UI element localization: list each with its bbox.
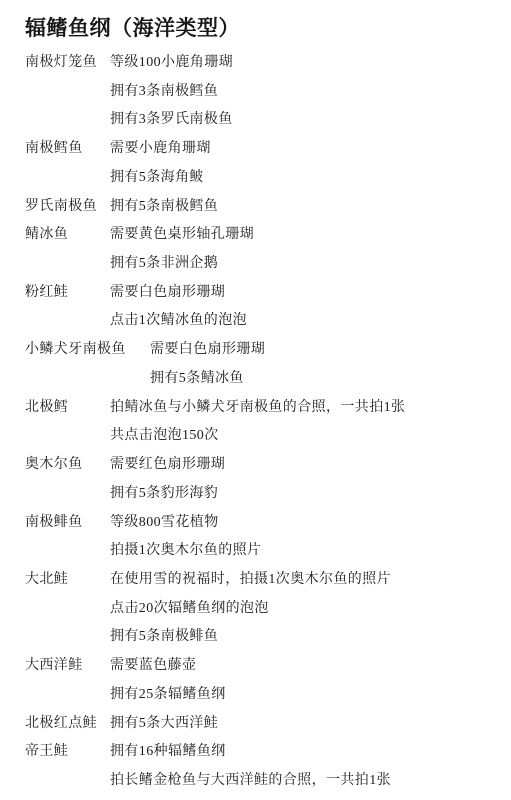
requirement-text: 拥有5条南极鲱鱼 xyxy=(110,629,218,645)
entry-row: 南极鲱鱼等级800雪花植物 xyxy=(0,515,511,544)
entry-row: 拍长鳍金枪鱼与大西洋鲑的合照，一共拍1张 xyxy=(0,773,511,800)
fish-entry: 北极鳕拍鲭冰鱼与小鳞犬牙南极鱼的合照，一共拍1张共点击泡泡150次 xyxy=(0,400,511,457)
requirement-text: 需要红色扇形珊瑚 xyxy=(110,457,225,473)
fish-entry: 北极红点鲑拥有5条大西洋鲑 xyxy=(0,716,511,745)
entry-row: 奥木尔鱼需要红色扇形珊瑚 xyxy=(0,457,511,486)
requirement-text: 需要蓝色藤壶 xyxy=(110,658,196,674)
requirement-text: 点击1次鲭冰鱼的泡泡 xyxy=(110,313,247,329)
requirement-text: 拥有3条罗氏南极鱼 xyxy=(110,112,233,128)
requirement-text: 等级800雪花植物 xyxy=(110,515,219,531)
fish-entry: 南极鲱鱼等级800雪花植物拍摄1次奥木尔鱼的照片 xyxy=(0,515,511,572)
entry-row: 拥有5条南极鲱鱼 xyxy=(0,629,511,658)
fish-requirements-list: 南极灯笼鱼等级100小鹿角珊瑚拥有3条南极鳕鱼拥有3条罗氏南极鱼南极鳕鱼需要小鹿… xyxy=(0,55,511,800)
requirement-text: 拥有5条海角鲏 xyxy=(110,170,204,186)
fish-name: 大北鲑 xyxy=(25,572,68,588)
entry-row: 拍摄1次奥木尔鱼的照片 xyxy=(0,543,511,572)
requirement-text: 拍长鳍金枪鱼与大西洋鲑的合照，一共拍1张 xyxy=(110,773,391,789)
entry-row: 小鳞犬牙南极鱼需要白色扇形珊瑚 xyxy=(0,342,511,371)
requirement-text: 在使用雪的祝福时，拍摄1次奥木尔鱼的照片 xyxy=(110,572,391,588)
fish-entry: 南极鳕鱼需要小鹿角珊瑚拥有5条海角鲏 xyxy=(0,141,511,198)
entry-row: 共点击泡泡150次 xyxy=(0,428,511,457)
fish-entry: 鲭冰鱼需要黄色桌形轴孔珊瑚拥有5条非洲企鹅 xyxy=(0,227,511,284)
document-page: 辐鳍鱼纲（海洋类型） 南极灯笼鱼等级100小鹿角珊瑚拥有3条南极鳕鱼拥有3条罗氏… xyxy=(0,0,511,800)
fish-entry: 罗氏南极鱼拥有5条南极鳕鱼 xyxy=(0,199,511,228)
requirement-text: 共点击泡泡150次 xyxy=(110,428,219,444)
fish-name: 南极鳕鱼 xyxy=(25,141,83,157)
fish-entry: 粉红鲑需要白色扇形珊瑚点击1次鲭冰鱼的泡泡 xyxy=(0,285,511,342)
requirement-text: 拥有16种辐鳍鱼纲 xyxy=(110,744,226,760)
fish-name: 大西洋鲑 xyxy=(25,658,83,674)
entry-row: 粉红鲑需要白色扇形珊瑚 xyxy=(0,285,511,314)
requirement-text: 需要白色扇形珊瑚 xyxy=(150,342,265,358)
fish-name: 南极鲱鱼 xyxy=(25,515,83,531)
entry-row: 拥有5条鲭冰鱼 xyxy=(0,371,511,400)
entry-row: 帝王鲑拥有16种辐鳍鱼纲 xyxy=(0,744,511,773)
entry-row: 拥有5条豹形海豹 xyxy=(0,486,511,515)
entry-row: 鲭冰鱼需要黄色桌形轴孔珊瑚 xyxy=(0,227,511,256)
fish-entry: 大西洋鲑需要蓝色藤壶拥有25条辐鳍鱼纲 xyxy=(0,658,511,715)
entry-row: 拥有5条海角鲏 xyxy=(0,170,511,199)
entry-row: 北极鳕拍鲭冰鱼与小鳞犬牙南极鱼的合照，一共拍1张 xyxy=(0,400,511,429)
requirement-text: 需要黄色桌形轴孔珊瑚 xyxy=(110,227,254,243)
requirement-text: 拍鲭冰鱼与小鳞犬牙南极鱼的合照，一共拍1张 xyxy=(110,400,405,416)
requirement-text: 需要白色扇形珊瑚 xyxy=(110,285,225,301)
requirement-text: 拥有3条南极鳕鱼 xyxy=(110,84,218,100)
entry-row: 南极灯笼鱼等级100小鹿角珊瑚 xyxy=(0,55,511,84)
page-title: 辐鳍鱼纲（海洋类型） xyxy=(25,12,240,42)
fish-name: 粉红鲑 xyxy=(25,285,68,301)
requirement-text: 拥有25条辐鳍鱼纲 xyxy=(110,687,226,703)
fish-name: 北极鳕 xyxy=(25,400,68,416)
fish-entry: 大北鲑在使用雪的祝福时，拍摄1次奥木尔鱼的照片点击20次辐鳍鱼纲的泡泡拥有5条南… xyxy=(0,572,511,658)
requirement-text: 拥有5条大西洋鲑 xyxy=(110,716,218,732)
requirement-text: 需要小鹿角珊瑚 xyxy=(110,141,211,157)
requirement-text: 拥有5条豹形海豹 xyxy=(110,486,218,502)
fish-entry: 南极灯笼鱼等级100小鹿角珊瑚拥有3条南极鳕鱼拥有3条罗氏南极鱼 xyxy=(0,55,511,141)
entry-row: 拥有5条非洲企鹅 xyxy=(0,256,511,285)
requirement-text: 拍摄1次奥木尔鱼的照片 xyxy=(110,543,261,559)
entry-row: 拥有3条罗氏南极鱼 xyxy=(0,112,511,141)
fish-name: 鲭冰鱼 xyxy=(25,227,68,243)
fish-entry: 奥木尔鱼需要红色扇形珊瑚拥有5条豹形海豹 xyxy=(0,457,511,514)
entry-row: 拥有3条南极鳕鱼 xyxy=(0,84,511,113)
entry-row: 北极红点鲑拥有5条大西洋鲑 xyxy=(0,716,511,745)
requirement-text: 等级100小鹿角珊瑚 xyxy=(110,55,233,71)
entry-row: 南极鳕鱼需要小鹿角珊瑚 xyxy=(0,141,511,170)
fish-name: 奥木尔鱼 xyxy=(25,457,83,473)
entry-row: 点击1次鲭冰鱼的泡泡 xyxy=(0,313,511,342)
fish-name: 罗氏南极鱼 xyxy=(25,199,97,215)
fish-name: 帝王鲑 xyxy=(25,744,68,760)
requirement-text: 拥有5条南极鳕鱼 xyxy=(110,199,218,215)
entry-row: 大西洋鲑需要蓝色藤壶 xyxy=(0,658,511,687)
requirement-text: 点击20次辐鳍鱼纲的泡泡 xyxy=(110,601,269,617)
fish-entry: 帝王鲑拥有16种辐鳍鱼纲拍长鳍金枪鱼与大西洋鲑的合照，一共拍1张 xyxy=(0,744,511,800)
requirement-text: 拥有5条鲭冰鱼 xyxy=(150,371,244,387)
requirement-text: 拥有5条非洲企鹅 xyxy=(110,256,218,272)
fish-name: 南极灯笼鱼 xyxy=(25,55,97,71)
entry-row: 罗氏南极鱼拥有5条南极鳕鱼 xyxy=(0,199,511,228)
fish-name: 北极红点鲑 xyxy=(25,716,97,732)
entry-row: 点击20次辐鳍鱼纲的泡泡 xyxy=(0,601,511,630)
fish-name: 小鳞犬牙南极鱼 xyxy=(25,342,126,358)
entry-row: 大北鲑在使用雪的祝福时，拍摄1次奥木尔鱼的照片 xyxy=(0,572,511,601)
fish-entry: 小鳞犬牙南极鱼需要白色扇形珊瑚拥有5条鲭冰鱼 xyxy=(0,342,511,399)
entry-row: 拥有25条辐鳍鱼纲 xyxy=(0,687,511,716)
